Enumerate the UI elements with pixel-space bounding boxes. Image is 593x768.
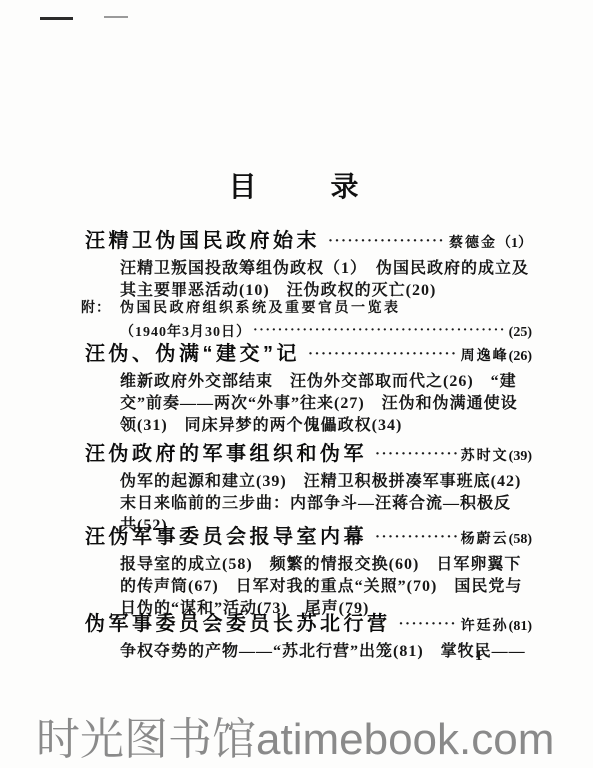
entry-subline: 领(31) 同床异梦的两个傀儡政权(34) [120,415,532,437]
toc-entry: 伪军事委员会委员长苏北行营 ··························… [85,607,532,663]
watermark: 时光图书馆atimebook.com [36,703,554,767]
entry-heading-row: 汪伪政府的军事组织和伪军 ···························… [85,437,532,466]
entry-heading-row: 伪军事委员会委员长苏北行营 ··························… [85,607,532,636]
entry-heading: 伪军事委员会委员长苏北行营 [85,607,391,636]
appendix-label: 附： [81,297,120,317]
entry-page: (81) [509,619,532,635]
leader-dots: ········································… [328,233,445,250]
entry-author: 苏时文 [461,445,509,465]
entry-heading-row: 汪伪、伪满“建交”记 ·····························… [85,337,532,366]
leader-dots: ········································… [308,346,457,363]
toc-entry: 汪伪军事委员会报导室内幕 ···························… [85,520,532,620]
leader-dots: ········································… [375,529,457,546]
entry-sublines: 维新政府外交部结束 汪伪外交部取而代之(26) “建 交”前奏——两次“外事”往… [85,371,532,437]
entry-heading: 汪伪军事委员会报导室内幕 [85,520,367,549]
entry-heading-row: 汪伪军事委员会报导室内幕 ···························… [85,520,532,549]
entry-heading: 汪精卫伪国民政府始末 [85,224,320,253]
entry-page: (26) [509,349,532,365]
entry-author: 杨蔚云 [461,528,509,548]
entry-page: (58) [509,532,532,548]
entry-subline: 报导室的成立(58) 频繁的情报交换(60) 日军卵翼下 [120,554,532,576]
entry-subline: 末日来临前的三步曲：内部争斗—汪蒋合流—积极反 [120,493,532,515]
entry-subline: 争权夺势的产物——“苏北行营”出笼(81) 掌牧民—— [120,641,532,663]
entry-subline: 交”前奏——两次“外事”往来(27) 汪伪和伪满通使设 [120,393,532,415]
entry-author: 许廷孙 [461,615,509,635]
entry-heading: 汪伪、伪满“建交”记 [85,337,300,366]
scan-mark-right [104,16,128,18]
entry-page: (39) [509,449,532,465]
scanned-book-page: 目 录 汪精卫伪国民政府始末 ·························… [0,0,593,768]
entry-author: 周逸峰 [461,345,509,365]
entry-subline: 的传声筒(67) 日军对我的重点“关照”(70) 国民党与 [120,576,532,598]
entry-heading-row: 汪精卫伪国民政府始末 ·····························… [85,224,532,253]
entry-subline: 伪军的起源和建立(39) 汪精卫积极拼凑军事班底(42) [120,471,532,493]
toc-entry: 汪伪、伪满“建交”记 ·····························… [85,337,532,437]
entry-author: 蔡德金 [449,232,497,252]
entry-page: （1） [497,232,532,252]
appendix-title-row: 附： 伪国民政府组织系统及重要官员一览表 [81,297,532,317]
entry-sublines: 争权夺势的产物——“苏北行营”出笼(81) 掌牧民—— [85,641,532,663]
entry-subline: 维新政府外交部结束 汪伪外交部取而代之(26) “建 [120,371,532,393]
entry-subline: 汪精卫叛国投敌筹组伪政权（1） 伪国民政府的成立及 [120,258,532,280]
toc-appendix: 附： 伪国民政府组织系统及重要官员一览表 （1940年3月30日） ······… [81,297,532,341]
entry-sublines: 汪精卫叛国投敌筹组伪政权（1） 伪国民政府的成立及 其主要罪恶活动(10) 汪伪… [85,258,532,302]
appendix-title: 伪国民政府组织系统及重要官员一览表 [120,297,401,317]
toc-entry: 汪精卫伪国民政府始末 ·····························… [85,224,532,302]
leader-dots: ········································… [375,446,457,463]
leader-dots: ········································… [399,616,457,633]
entry-heading: 汪伪政府的军事组织和伪军 [85,437,367,466]
page-number: 1· [475,648,490,665]
scan-mark-left [40,17,73,20]
page-title: 目 录 [0,165,593,205]
